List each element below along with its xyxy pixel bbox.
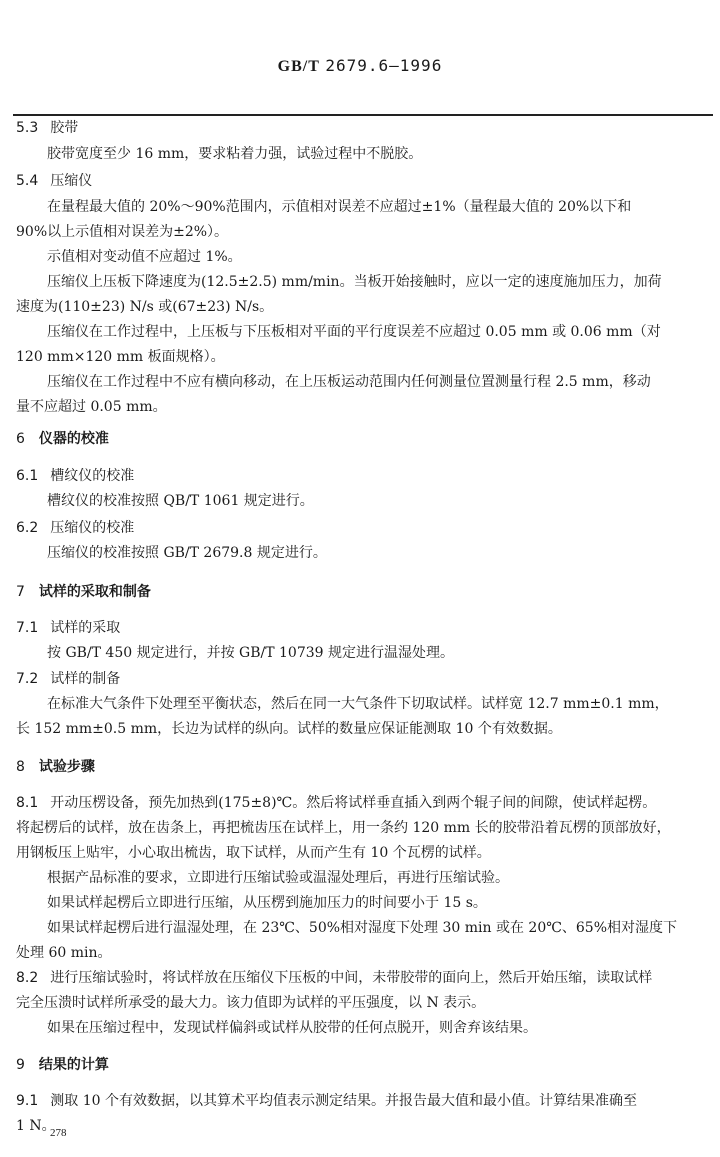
section-5-4-text: 速度为(110±23) N/s 或(67±23) N/s。 <box>16 297 273 317</box>
header-rule <box>13 114 713 116</box>
section-6-1-text: 槽纹仪的校准按照 QB/T 1061 规定进行。 <box>47 491 314 511</box>
section-8-heading: 8试验步骤 <box>16 757 95 777</box>
section-5-4-heading: 5.4压缩仪 <box>16 171 92 191</box>
section-8-2-text: 如果在压缩过程中，发现试样偏斜或试样从胶带的任何点脱开，则舍弃该结果。 <box>47 1018 537 1038</box>
section-6-2-text: 压缩仪的校准按照 GB/T 2679.8 规定进行。 <box>47 543 327 563</box>
section-5-4-text: 120 mm×120 mm 板面规格）。 <box>16 347 225 367</box>
section-7-heading: 7试样的采取和制备 <box>16 582 151 602</box>
section-9-1-text: 9.1测取 10 个有效数据，以其算术平均值表示测定结果。并报告最大值和最小值。… <box>16 1091 637 1111</box>
section-7-1-text: 按 GB/T 450 规定进行，并按 GB/T 10739 规定进行温湿处理。 <box>47 643 454 663</box>
section-5-4-text: 压缩仪在工作过程中不应有横向移动，在上压板运动范围内任何测量位置测量行程 2.5… <box>47 372 651 392</box>
section-5-4-text: 90%以上示值相对误差为±2%）。 <box>16 222 228 242</box>
section-7-2-text: 在标准大气条件下处理至平衡状态，然后在同一大气条件下切取试样。试样宽 12.7 … <box>47 694 669 714</box>
section-8-1-text: 用钢板压上贴牢，小心取出梳齿，取下试样，从而产生有 10 个瓦楞的试样。 <box>16 843 491 863</box>
section-5-4-text: 压缩仪在工作过程中，上压板与下压板相对平面的平行度误差不应超过 0.05 mm … <box>47 322 661 342</box>
section-7-2-text: 长 152 mm±0.5 mm，长边为试样的纵向。试样的数量应保证能测取 10 … <box>16 719 562 739</box>
section-8-1-text: 8.1开动压楞设备，预先加热到(175±8)℃。然后将试样垂直插入到两个辊子间的… <box>16 793 656 813</box>
section-5-4-text: 示值相对变动值不应超过 1%。 <box>47 247 242 267</box>
standard-number: 2679.6—1996 <box>325 56 442 75</box>
section-6-heading: 6仪器的校准 <box>16 429 109 449</box>
section-7-1-heading: 7.1试样的采取 <box>16 618 120 638</box>
section-8-1-text: 将起楞后的试样，放在齿条上，再把梳齿压在试样上，用一条约 120 mm 长的胶带… <box>16 818 671 838</box>
section-5-3-heading: 5.3胶带 <box>16 118 78 138</box>
section-8-1-text: 处理 60 min。 <box>16 943 111 963</box>
page-number: 278 <box>50 1127 67 1139</box>
standard-code: GB/T <box>278 58 320 75</box>
section-8-2-text: 8.2进行压缩试验时，将试样放在压缩仪下压板的中间，未带胶带的面向上，然后开始压… <box>16 968 652 988</box>
section-5-3-text: 胶带宽度至少 16 mm，要求粘着力强，试验过程中不脱胶。 <box>47 144 422 164</box>
section-8-2-text: 完全压溃时试样所承受的最大力。该力值即为试样的平压强度，以 N 表示。 <box>16 993 485 1013</box>
section-6-2-heading: 6.2压缩仪的校准 <box>16 518 134 538</box>
document-header: GB/T 2679.6—1996 <box>0 56 720 76</box>
section-8-1-text: 如果试样起楞后进行温湿处理，在 23℃、50%相对湿度下处理 30 min 或在… <box>47 918 677 938</box>
section-8-1-text: 如果试样起楞后立即进行压缩，从压楞到施加压力的时间要小于 15 s。 <box>47 893 487 913</box>
section-5-4-text: 在量程最大值的 20%～90%范围内，示值相对误差不应超过±1%（量程最大值的 … <box>47 197 631 217</box>
section-5-4-text: 压缩仪上压板下降速度为(12.5±2.5) mm/min。当板开始接触时，应以一… <box>47 272 662 292</box>
section-9-heading: 9结果的计算 <box>16 1055 109 1075</box>
section-6-1-heading: 6.1槽纹仪的校准 <box>16 466 134 486</box>
section-7-2-heading: 7.2试样的制备 <box>16 669 120 689</box>
section-8-1-text: 根据产品标准的要求，立即进行压缩试验或温湿处理后，再进行压缩试验。 <box>47 868 509 888</box>
section-5-4-text: 量不应超过 0.05 mm。 <box>16 397 167 417</box>
